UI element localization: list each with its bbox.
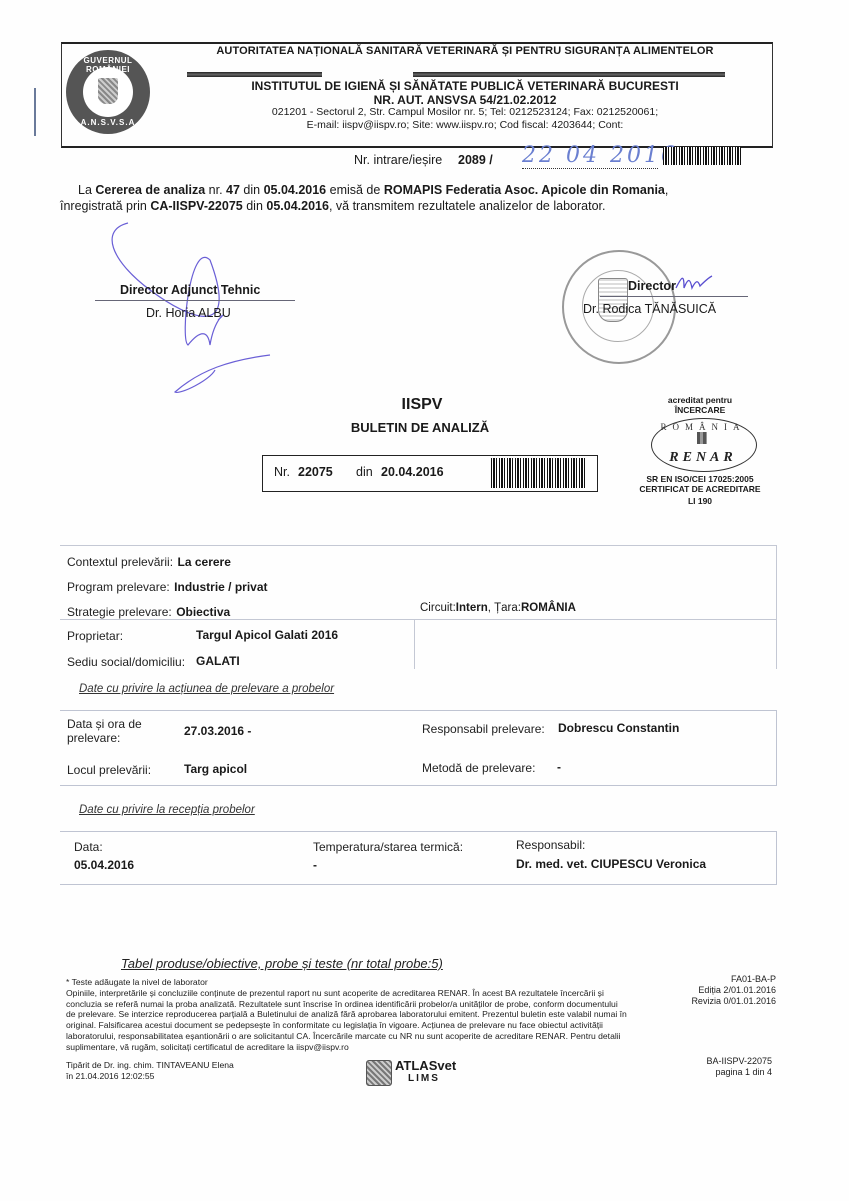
reception-date-label: Data: [74, 840, 103, 854]
intro-text: din [240, 183, 264, 197]
document-title: BULETIN DE ANALIZĂ [320, 420, 520, 435]
sampling-responsible-value: Dobrescu Constantin [558, 721, 679, 735]
method-label: Metodă de prelevare: [422, 761, 535, 775]
form-revision: Revizia 0/01.01.2016 [676, 996, 776, 1007]
program-value: Industrie / privat [174, 580, 267, 594]
place-value: Targ apicol [184, 762, 247, 776]
document-reference: BA-IISPV-22075 pagina 1 din 4 [676, 1056, 772, 1078]
intro-text: La [78, 183, 95, 197]
software-sub: LIMS [408, 1073, 440, 1084]
datetime-label-line-1: Data și ora de [67, 717, 142, 731]
atlasvet-logo-icon [366, 1060, 392, 1086]
date-dotted-line [522, 168, 658, 169]
circuit-row: Circuit:Intern, Țara:ROMÂNIA [420, 602, 576, 614]
software-name: ATLASvet [395, 1058, 456, 1073]
form-code: FA01-BA-P [676, 974, 776, 985]
printed-info: Tipărit de Dr. ing. chim. TINTAVEANU Ele… [66, 1060, 234, 1082]
doc-ref: BA-IISPV-22075 [676, 1056, 772, 1067]
renar-logo-top-text: ROMÂNIA [651, 422, 755, 432]
intro-text: nr. [205, 183, 226, 197]
accreditation-label: acreditat pentru [640, 395, 760, 405]
owner-label: Proprietar: [67, 629, 123, 643]
strategy-label: Strategie prelevare: [67, 605, 172, 619]
handwritten-date: 22 04 2016 [522, 143, 678, 168]
disclaimer-line: de prelevare. Se interzice reproducerea … [66, 1009, 706, 1020]
registration-date: 05.04.2016 [266, 199, 329, 213]
signer-right-title: Director [628, 279, 676, 293]
circuit-value: Intern [456, 602, 488, 614]
printed-at: în 21.04.2016 12:02:55 [66, 1071, 234, 1082]
sampling-action-section-title: Date cu privire la acțiunea de prelevare… [79, 683, 334, 695]
accreditation-code: LI 190 [620, 496, 780, 506]
header-rule-left [187, 72, 322, 77]
hq-label: Sediu social/domiciliu: [67, 655, 185, 669]
nr-label: Nr. [274, 465, 290, 479]
request-date: 05.04.2016 [264, 183, 327, 197]
intro-line-2: înregistrată prin CA-IISPV-22075 din 05.… [60, 199, 605, 213]
hq-value: GALATI [196, 654, 240, 668]
authorization-number: NR. AUT. ANSVSA 54/21.02.2012 [160, 93, 770, 107]
signer-right-name: Dr. Rodica TĂNĂSUICĂ [583, 302, 716, 316]
temperature-label: Temperatura/starea termică: [313, 840, 463, 854]
country-value: ROMÂNIA [521, 602, 576, 614]
institute-name: INSTITUTUL DE IGIENĂ ȘI SĂNĂTATE PUBLICĂ… [160, 79, 770, 93]
intro-text: , vă transmitem rezultatele analizelor d… [329, 199, 606, 213]
reception-responsible-label: Responsabil: [516, 838, 585, 852]
place-label: Locul prelevării: [67, 763, 151, 777]
strategy-row: Strategie prelevare: Obiectiva [67, 603, 230, 621]
margin-mark [34, 88, 36, 136]
asterisk-note: * Teste adăugate la nivel de laborator [66, 977, 706, 988]
disclaimer-block: * Teste adăugate la nivel de laborator O… [66, 977, 706, 1053]
din-label: din [356, 465, 373, 479]
bulletin-date: 20.04.2016 [381, 465, 444, 479]
signature-line-right [600, 296, 748, 297]
registration-code: CA-IISPV-22075 [150, 199, 242, 213]
accreditation-standard: SR EN ISO/CEI 17025:2005 [620, 474, 780, 484]
coat-of-arms-icon [98, 78, 118, 104]
renar-crest-icon [697, 432, 707, 444]
document-org: IISPV [390, 396, 454, 414]
disclaimer-line: concluzia se referă numai la proba anali… [66, 999, 706, 1010]
accreditation-certificate: CERTIFICAT DE ACREDITARE [620, 484, 780, 494]
request-number: 47 [226, 183, 240, 197]
form-edition: Ediția 2/01.01.2016 [676, 985, 776, 996]
renar-logo-bottom-text: RENAR [651, 450, 755, 466]
products-table-title: Tabel produse/obiective, probe și teste … [121, 956, 443, 971]
requester-name: ROMAPIS Federatia Asoc. Apicole din Roma… [384, 183, 665, 197]
circuit-label: Circuit: [420, 602, 456, 614]
signature-director-icon [674, 272, 714, 292]
intro-line-1: La Cererea de analiza nr. 47 din 05.04.2… [78, 183, 668, 197]
disclaimer-line: original. Falsificarea acestui document … [66, 1020, 706, 1031]
printed-by: Tipărit de Dr. ing. chim. TINTAVEANU Ele… [66, 1060, 234, 1071]
sampling-responsible-label: Responsabil prelevare: [422, 722, 545, 736]
registration-number: 2089 / [458, 153, 493, 167]
bulletin-number: 22075 [298, 465, 333, 479]
disclaimer-line: laboratorului, responsabilitatea eșantio… [66, 1031, 706, 1042]
datetime-value: 27.03.2016 - [184, 724, 251, 738]
program-row: Program prelevare: Industrie / privat [67, 578, 268, 596]
context-label: Contextul prelevării: [67, 555, 173, 569]
country-label: , Țara: [488, 602, 521, 614]
signature-line-left [95, 300, 295, 301]
context-row: Contextul prelevării: La cerere [67, 553, 231, 571]
datetime-label-line-2: prelevare: [67, 731, 120, 745]
method-value: - [557, 760, 561, 774]
bulletin-barcode-icon [491, 458, 585, 488]
context-value: La cerere [178, 555, 231, 569]
registration-label: Nr. intrare/ieșire [354, 153, 442, 167]
temperature-value: - [313, 858, 317, 872]
reception-section-title: Date cu privire la recepția probelor [79, 804, 255, 816]
logo-bottom-text: A.N.S.V.S.A [72, 118, 144, 127]
request-type: Cererea de analiza [95, 183, 205, 197]
page-indicator: pagina 1 din 4 [676, 1067, 772, 1078]
program-label: Program prelevare: [67, 580, 170, 594]
divider [414, 619, 415, 669]
strategy-value: Obiectiva [176, 605, 230, 619]
reception-responsible-value: Dr. med. vet. CIUPESCU Veronica [516, 857, 706, 871]
intro-text: din [243, 199, 267, 213]
barcode-icon [663, 147, 741, 165]
form-info: FA01-BA-P Ediția 2/01.01.2016 Revizia 0/… [676, 974, 776, 1007]
disclaimer-line: suplimentare, vă rugăm, solicitați certi… [66, 1042, 706, 1053]
intro-text: , [665, 183, 668, 197]
intro-text: emisă de [326, 183, 384, 197]
datetime-label: Data și ora deprelevare: [67, 717, 142, 745]
disclaimer-line: Opiniile, interpretările și concluziile … [66, 988, 706, 999]
reception-date-value: 05.04.2016 [74, 858, 134, 872]
intro-text: înregistrată prin [60, 199, 150, 213]
authority-name: AUTORITATEA NAȚIONALĂ SANITARĂ VETERINAR… [160, 45, 770, 57]
logo-top-text: GUVERNUL ROMÂNIEI [72, 56, 144, 74]
accreditation-scope: ÎNCERCARE [640, 405, 760, 415]
signer-left-name: Dr. Horia ALBU [146, 306, 231, 320]
address-line-1: 021201 - Sectorul 2, Str. Campul Mosilor… [160, 106, 770, 118]
owner-value: Targul Apicol Galati 2016 [196, 628, 338, 642]
header-rule-right [413, 72, 725, 77]
signer-left-title: Director Adjunct Tehnic [120, 283, 260, 297]
address-line-2: E-mail: iispv@iispv.ro; Site: www.iispv.… [160, 119, 770, 131]
